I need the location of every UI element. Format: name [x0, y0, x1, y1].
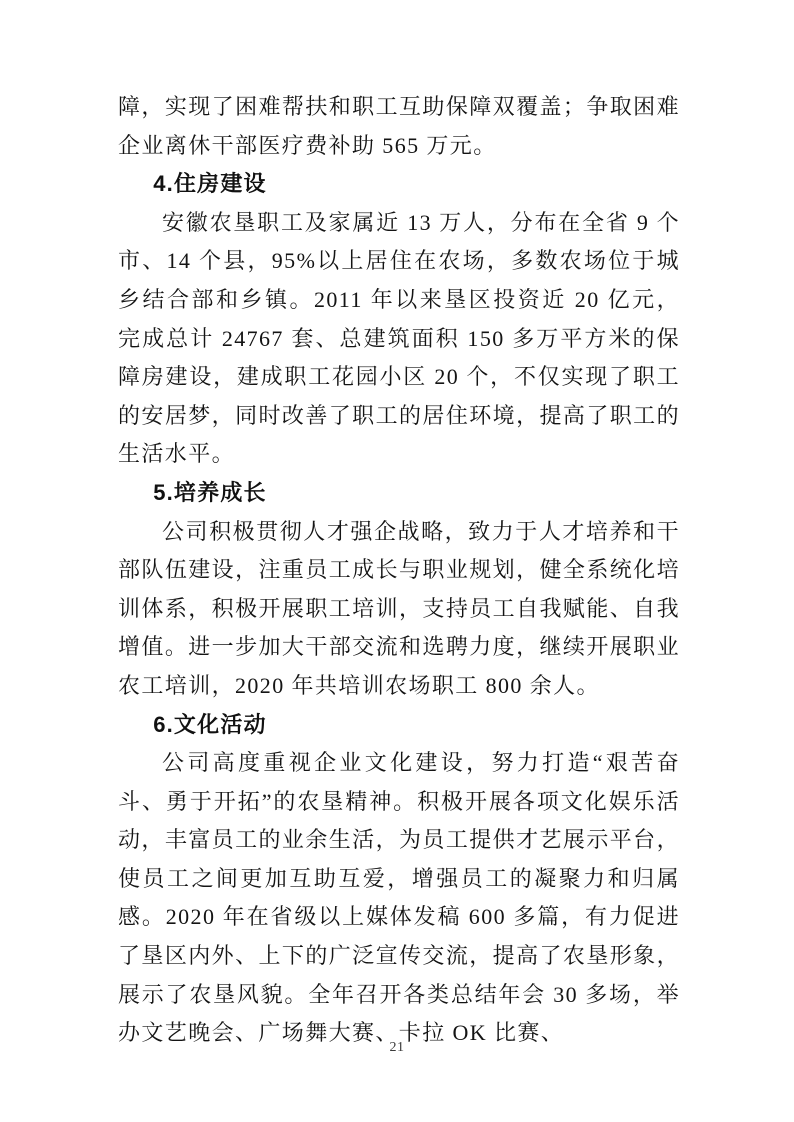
paragraph-training: 公司积极贯彻人才强企战略，致力于人才培养和干部队伍建设，注重员工成长与职业规划，… — [118, 513, 680, 706]
page-footer: 21 — [0, 1038, 794, 1056]
paragraph-culture: 公司高度重视企业文化建设，努力打造“艰苦奋斗、勇于开拓”的农垦精神。积极开展各项… — [118, 744, 680, 1053]
document-content: 障，实现了困难帮扶和职工互助保障双覆盖；争取困难企业离休干部医疗费补助 565 … — [118, 88, 680, 1053]
paragraph-welfare-continuation: 障，实现了困难帮扶和职工互助保障双覆盖；争取困难企业离休干部医疗费补助 565 … — [118, 88, 680, 165]
section-heading-culture: 6.文化活动 — [118, 706, 680, 745]
section-heading-training: 5.培养成长 — [118, 474, 680, 513]
document-page: 障，实现了困难帮扶和职工互助保障双覆盖；争取困难企业离休干部医疗费补助 565 … — [0, 0, 794, 1122]
section-heading-housing: 4.住房建设 — [118, 165, 680, 204]
page-number: 21 — [390, 1040, 405, 1055]
paragraph-housing: 安徽农垦职工及家属近 13 万人，分布在全省 9 个市、14 个县，95%以上居… — [118, 204, 680, 474]
